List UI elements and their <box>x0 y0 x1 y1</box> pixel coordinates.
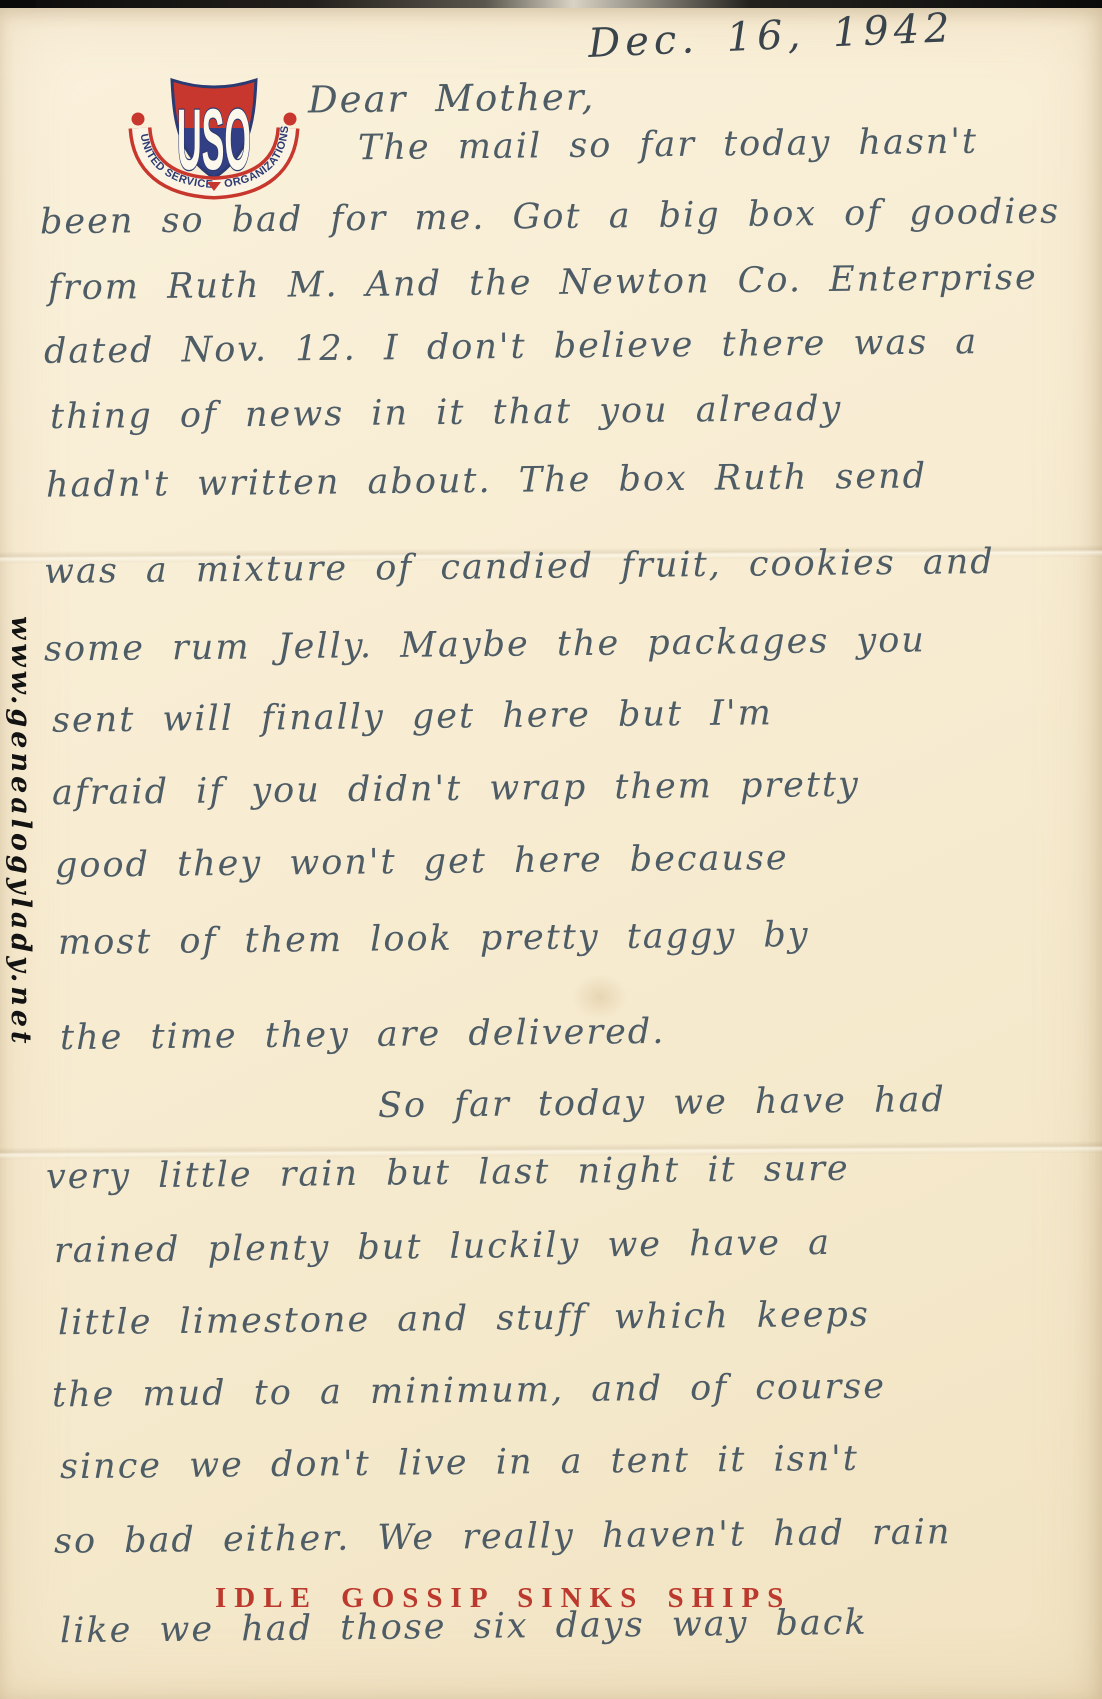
handwriting-line: most of them look pretty taggy by <box>58 918 810 961</box>
handwriting-line: was a mixture of candied fruit, cookies … <box>44 545 995 590</box>
salutation-line: Dear Mother, <box>308 78 596 118</box>
handwriting-line: sent will finally get here but I'm <box>52 696 773 739</box>
handwriting-line: afraid if you didn't wrap them pretty <box>52 768 860 811</box>
handwriting-line: since we don't live in a tent it isn't <box>60 1442 859 1485</box>
handwriting-line: good they won't get here because <box>55 841 789 884</box>
handwriting-line: the time they are delivered. <box>60 1015 666 1056</box>
handwriting-line: very little rain but last night it sure <box>46 1152 850 1195</box>
handwriting-line: little limestone and stuff which keeps <box>58 1298 870 1341</box>
uso-logo: USO UNITED SERVICE ORGANIZATIONS <box>124 70 304 206</box>
handwriting-line: thing of news in it that you already <box>50 392 843 435</box>
ribbon-curl-right <box>284 113 297 126</box>
handwriting-line: So far today we have had <box>378 1083 946 1124</box>
watermark-text: www.genealogylady.net <box>5 616 36 1048</box>
handwriting-line: the mud to a minimum, and of course <box>52 1370 886 1414</box>
handwriting-line: some rum Jelly. Maybe the packages you <box>44 623 926 667</box>
handwriting-line: so bad either. We really haven't had rai… <box>54 1515 952 1559</box>
handwriting-line: dated Nov. 12. I don't believe there was… <box>44 325 979 370</box>
ribbon-curl-left <box>132 113 145 126</box>
handwriting-line: The mail so far today hasn't <box>358 125 978 166</box>
handwriting-line: rained plenty but luckily we have a <box>54 1226 831 1269</box>
scanned-letter-page: USO UNITED SERVICE ORGANIZATIONS Dec. 16… <box>0 0 1102 1699</box>
handwriting-line: like we had those six days way back <box>60 1606 868 1649</box>
handwriting-line: hadn't written about. The box Ruth send <box>46 459 927 503</box>
